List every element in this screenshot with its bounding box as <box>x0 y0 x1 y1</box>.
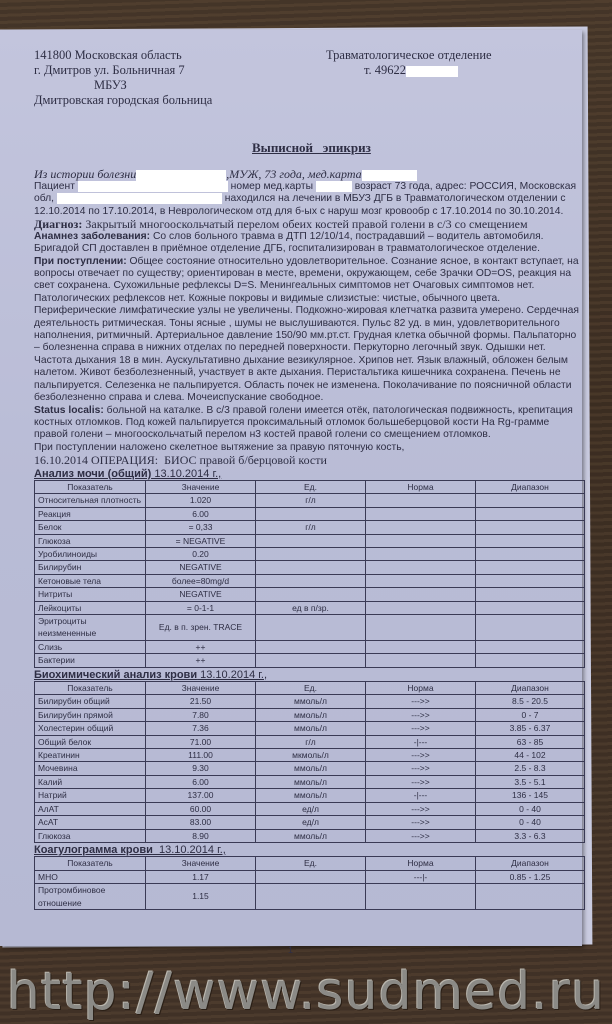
column-header: Диапазон <box>476 857 585 870</box>
range-cell <box>476 494 585 507</box>
norm-cell <box>366 507 476 520</box>
indicator-cell: Натрий <box>35 789 146 802</box>
address-line: г. Дмитров ул. Больничная 7 <box>34 63 212 78</box>
unit-cell <box>256 507 366 520</box>
table-row: Холестерин общий7.36ммоль/л--->>3.85 - 6… <box>35 722 585 735</box>
value-cell: 6.00 <box>146 507 256 520</box>
range-cell <box>476 588 585 601</box>
indicator-cell: Мочевина <box>35 762 146 775</box>
range-cell: 3.85 - 6.37 <box>476 722 585 735</box>
value-cell: NEGATIVE <box>146 588 256 601</box>
value-cell: 6.00 <box>146 775 256 788</box>
urine-section-title: Анализ мочи (общий) 13.10.2014 г., <box>34 468 584 480</box>
value-cell: 0.20 <box>146 547 256 560</box>
department-phone: т. 49622 <box>326 63 492 78</box>
column-header: Показатель <box>35 857 146 870</box>
value-cell: NEGATIVE <box>146 561 256 574</box>
coag-table: ПоказательЗначениеЕд.НормаДиапазонМНО1.1… <box>34 856 585 910</box>
indicator-cell: Глюкоза <box>35 534 146 547</box>
hospital-address: 141800 Московская область г. Дмитров ул.… <box>34 48 212 108</box>
value-cell: 7.80 <box>146 708 256 721</box>
value-cell: ++ <box>146 654 256 667</box>
norm-cell <box>366 547 476 560</box>
value-cell: 21.50 <box>146 695 256 708</box>
indicator-cell: Общий белок <box>35 735 146 748</box>
table-row: Протромбиновое отношение1.15 <box>35 884 585 910</box>
unit-cell <box>256 640 366 653</box>
column-header: Норма <box>366 480 476 493</box>
table-row: Кетоновые телаболее=80mg/d <box>35 574 585 587</box>
unit-cell <box>256 574 366 587</box>
operation-note: 16.10.2014 ОПЕРАЦИЯ: БИОС правой б/берцо… <box>34 454 584 466</box>
value-cell: = 0,33 <box>146 521 256 534</box>
value-cell: 8.90 <box>146 829 256 842</box>
unit-cell: г/л <box>256 494 366 507</box>
table-row: Бактерии++ <box>35 654 585 667</box>
norm-cell: --->> <box>366 775 476 788</box>
table-row: Калий6.00ммоль/л--->>3.5 - 5.1 <box>35 775 585 788</box>
range-cell <box>476 561 585 574</box>
indicator-cell: Билирубин общий <box>35 695 146 708</box>
indicator-cell: Билирубин прямой <box>35 708 146 721</box>
unit-cell: ммоль/л <box>256 708 366 721</box>
indicator-cell: Лейкоциты <box>35 601 146 614</box>
table-row: МНО1.17---|-0.85 - 1.25 <box>35 870 585 883</box>
table-row: АлАТ60.00ед/л--->>0 - 40 <box>35 802 585 815</box>
table-row: Эритроциты неизмененныеЕд. в п. зрен. TR… <box>35 615 585 641</box>
table-header-row: ПоказательЗначениеЕд.НормаДиапазон <box>35 682 585 695</box>
unit-cell: мкмоль/л <box>256 749 366 762</box>
unit-cell: г/л <box>256 735 366 748</box>
norm-cell: --->> <box>366 816 476 829</box>
unit-cell: г/л <box>256 521 366 534</box>
table-row: Слизь++ <box>35 640 585 653</box>
unit-cell <box>256 654 366 667</box>
column-header: Значение <box>146 857 256 870</box>
redaction <box>362 170 417 181</box>
norm-cell <box>366 588 476 601</box>
unit-cell: ммоль/л <box>256 775 366 788</box>
unit-cell: ммоль/л <box>256 722 366 735</box>
indicator-cell: Белок <box>35 521 146 534</box>
indicator-cell: Кетоновые тела <box>35 574 146 587</box>
status-localis: Status localis: больной на каталке. В с/… <box>34 405 584 442</box>
range-cell <box>476 507 585 520</box>
watermark: http://www.sudmed.ru <box>0 962 612 1022</box>
indicator-cell: Бактерии <box>35 654 146 667</box>
norm-cell: --->> <box>366 708 476 721</box>
column-header: Ед. <box>256 857 366 870</box>
value-cell: 1.020 <box>146 494 256 507</box>
patient-info: Пациент номер мед.карты возраст 73 года,… <box>34 181 584 219</box>
table-row: Глюкоза8.90ммоль/л--->>3.3 - 6.3 <box>35 829 585 842</box>
column-header: Норма <box>366 857 476 870</box>
range-cell <box>476 521 585 534</box>
column-header: Норма <box>366 682 476 695</box>
norm-cell <box>366 561 476 574</box>
value-cell: Ед. в п. зрен. TRACE <box>146 615 256 641</box>
range-cell <box>476 547 585 560</box>
value-cell: 1.15 <box>146 884 256 910</box>
column-header: Ед. <box>256 480 366 493</box>
table-row: Лейкоциты= 0-1-1ед в п/зр. <box>35 601 585 614</box>
norm-cell <box>366 615 476 641</box>
page-number: 1 <box>288 945 293 955</box>
unit-cell: ед/л <box>256 816 366 829</box>
range-cell: 0 - 40 <box>476 816 585 829</box>
norm-cell <box>366 534 476 547</box>
indicator-cell: Билирубин <box>35 561 146 574</box>
indicator-cell: Калий <box>35 775 146 788</box>
unit-cell: ммоль/л <box>256 762 366 775</box>
discharge-document: 141800 Московская область г. Дмитров ул.… <box>0 30 582 946</box>
value-cell: ++ <box>146 640 256 653</box>
value-cell: 9.30 <box>146 762 256 775</box>
column-header: Значение <box>146 480 256 493</box>
redaction <box>316 181 352 192</box>
column-header: Значение <box>146 682 256 695</box>
diagnosis: Диагноз: Закрытый многооскольчатый перел… <box>34 218 584 230</box>
range-cell <box>476 615 585 641</box>
indicator-cell: Протромбиновое отношение <box>35 884 146 910</box>
indicator-cell: Холестерин общий <box>35 722 146 735</box>
table-row: Мочевина9.30ммоль/л--->>2.5 - 8.3 <box>35 762 585 775</box>
range-cell: 3.5 - 5.1 <box>476 775 585 788</box>
table-row: Белок= 0,33г/л <box>35 521 585 534</box>
biochem-table: ПоказательЗначениеЕд.НормаДиапазонБилиру… <box>34 681 585 843</box>
unit-cell <box>256 870 366 883</box>
indicator-cell: Слизь <box>35 640 146 653</box>
history-line: Из истории болезни,МУЖ, 73 года, мед.кар… <box>34 168 584 181</box>
table-row: Билирубин общий21.50ммоль/л--->>8.5 - 20… <box>35 695 585 708</box>
table-row: Реакция6.00 <box>35 507 585 520</box>
indicator-cell: МНО <box>35 870 146 883</box>
range-cell <box>476 884 585 910</box>
norm-cell <box>366 601 476 614</box>
norm-cell <box>366 654 476 667</box>
norm-cell: --->> <box>366 762 476 775</box>
value-cell: более=80mg/d <box>146 574 256 587</box>
indicator-cell: Нитриты <box>35 588 146 601</box>
unit-cell: ммоль/л <box>256 695 366 708</box>
range-cell: 0.85 - 1.25 <box>476 870 585 883</box>
unit-cell: ммоль/л <box>256 789 366 802</box>
table-header-row: ПоказательЗначениеЕд.НормаДиапазон <box>35 857 585 870</box>
indicator-cell: Креатинин <box>35 749 146 762</box>
unit-cell <box>256 561 366 574</box>
unit-cell <box>256 534 366 547</box>
range-cell <box>476 601 585 614</box>
table-row: Относительная плотность1.020г/л <box>35 494 585 507</box>
redaction <box>136 170 226 181</box>
norm-cell: --->> <box>366 749 476 762</box>
page-title: Выписной эпикриз <box>252 140 371 156</box>
document-body: Из истории болезни,МУЖ, 73 года, мед.кар… <box>34 168 584 910</box>
table-row: НитритыNEGATIVE <box>35 588 585 601</box>
admission-status: При поступлении: Общее состояние относит… <box>34 256 584 405</box>
unit-cell <box>256 615 366 641</box>
address-line: 141800 Московская область <box>34 48 212 63</box>
range-cell: 2.5 - 8.3 <box>476 762 585 775</box>
indicator-cell: Эритроциты неизмененные <box>35 615 146 641</box>
value-cell: 60.00 <box>146 802 256 815</box>
norm-cell <box>366 521 476 534</box>
range-cell: 0 - 40 <box>476 802 585 815</box>
norm-cell <box>366 574 476 587</box>
indicator-cell: Глюкоза <box>35 829 146 842</box>
column-header: Ед. <box>256 682 366 695</box>
redaction <box>78 181 228 192</box>
norm-cell: ---|- <box>366 870 476 883</box>
norm-cell <box>366 884 476 910</box>
range-cell: 3.3 - 6.3 <box>476 829 585 842</box>
indicator-cell: Реакция <box>35 507 146 520</box>
indicator-cell: Относительная плотность <box>35 494 146 507</box>
norm-cell: --->> <box>366 802 476 815</box>
column-header: Показатель <box>35 682 146 695</box>
table-row: Натрий137.00ммоль/л-|---136 - 145 <box>35 789 585 802</box>
norm-cell: --->> <box>366 829 476 842</box>
indicator-cell: АсАТ <box>35 816 146 829</box>
norm-cell: -|--- <box>366 735 476 748</box>
value-cell: = NEGATIVE <box>146 534 256 547</box>
department-header: Травматологическое отделение т. 49622 <box>326 48 492 78</box>
norm-cell: --->> <box>366 695 476 708</box>
department-name: Травматологическое отделение <box>326 48 492 63</box>
redaction <box>57 193 222 204</box>
hospital-name: Дмитровская городская больница <box>34 93 212 108</box>
norm-cell <box>366 640 476 653</box>
coag-section-title: Коагулограмма крови 13.10.2014 г., <box>34 844 584 856</box>
range-cell: 136 - 145 <box>476 789 585 802</box>
range-cell: 63 - 85 <box>476 735 585 748</box>
table-row: АсАТ83.00ед/л--->>0 - 40 <box>35 816 585 829</box>
indicator-cell: АлАТ <box>35 802 146 815</box>
table-row: Глюкоза= NEGATIVE <box>35 534 585 547</box>
biochem-section-title: Биохимический анализ крови 13.10.2014 г.… <box>34 669 584 681</box>
column-header: Диапазон <box>476 682 585 695</box>
table-row: Билирубин прямой7.80ммоль/л--->>0 - 7 <box>35 708 585 721</box>
unit-cell: ммоль/л <box>256 829 366 842</box>
unit-cell <box>256 547 366 560</box>
column-header: Диапазон <box>476 480 585 493</box>
value-cell: 7.36 <box>146 722 256 735</box>
unit-cell: ед в п/зр. <box>256 601 366 614</box>
range-cell: 44 - 102 <box>476 749 585 762</box>
norm-cell: -|--- <box>366 789 476 802</box>
table-row: БилирубинNEGATIVE <box>35 561 585 574</box>
unit-cell <box>256 588 366 601</box>
column-header: Показатель <box>35 480 146 493</box>
value-cell: 83.00 <box>146 816 256 829</box>
range-cell <box>476 640 585 653</box>
table-row: Общий белок71.00г/л-|---63 - 85 <box>35 735 585 748</box>
value-cell: 1.17 <box>146 870 256 883</box>
urine-table: ПоказательЗначениеЕд.НормаДиапазонОтноси… <box>34 480 585 668</box>
norm-cell <box>366 494 476 507</box>
unit-cell: ед/л <box>256 802 366 815</box>
value-cell: 137.00 <box>146 789 256 802</box>
range-cell: 8.5 - 20.5 <box>476 695 585 708</box>
table-header-row: ПоказательЗначениеЕд.НормаДиапазон <box>35 480 585 493</box>
table-row: Уробилиноиды0.20 <box>35 547 585 560</box>
unit-cell <box>256 884 366 910</box>
value-cell: = 0-1-1 <box>146 601 256 614</box>
redaction <box>406 66 458 77</box>
range-cell: 0 - 7 <box>476 708 585 721</box>
institution-abbr: МБУЗ <box>34 78 212 93</box>
norm-cell: --->> <box>366 722 476 735</box>
value-cell: 71.00 <box>146 735 256 748</box>
range-cell <box>476 654 585 667</box>
range-cell <box>476 574 585 587</box>
value-cell: 111.00 <box>146 749 256 762</box>
range-cell <box>476 534 585 547</box>
anamnesis: Анамнез заболевания: Со слов больного тр… <box>34 231 584 256</box>
table-row: Креатинин111.00мкмоль/л--->>44 - 102 <box>35 749 585 762</box>
indicator-cell: Уробилиноиды <box>35 547 146 560</box>
